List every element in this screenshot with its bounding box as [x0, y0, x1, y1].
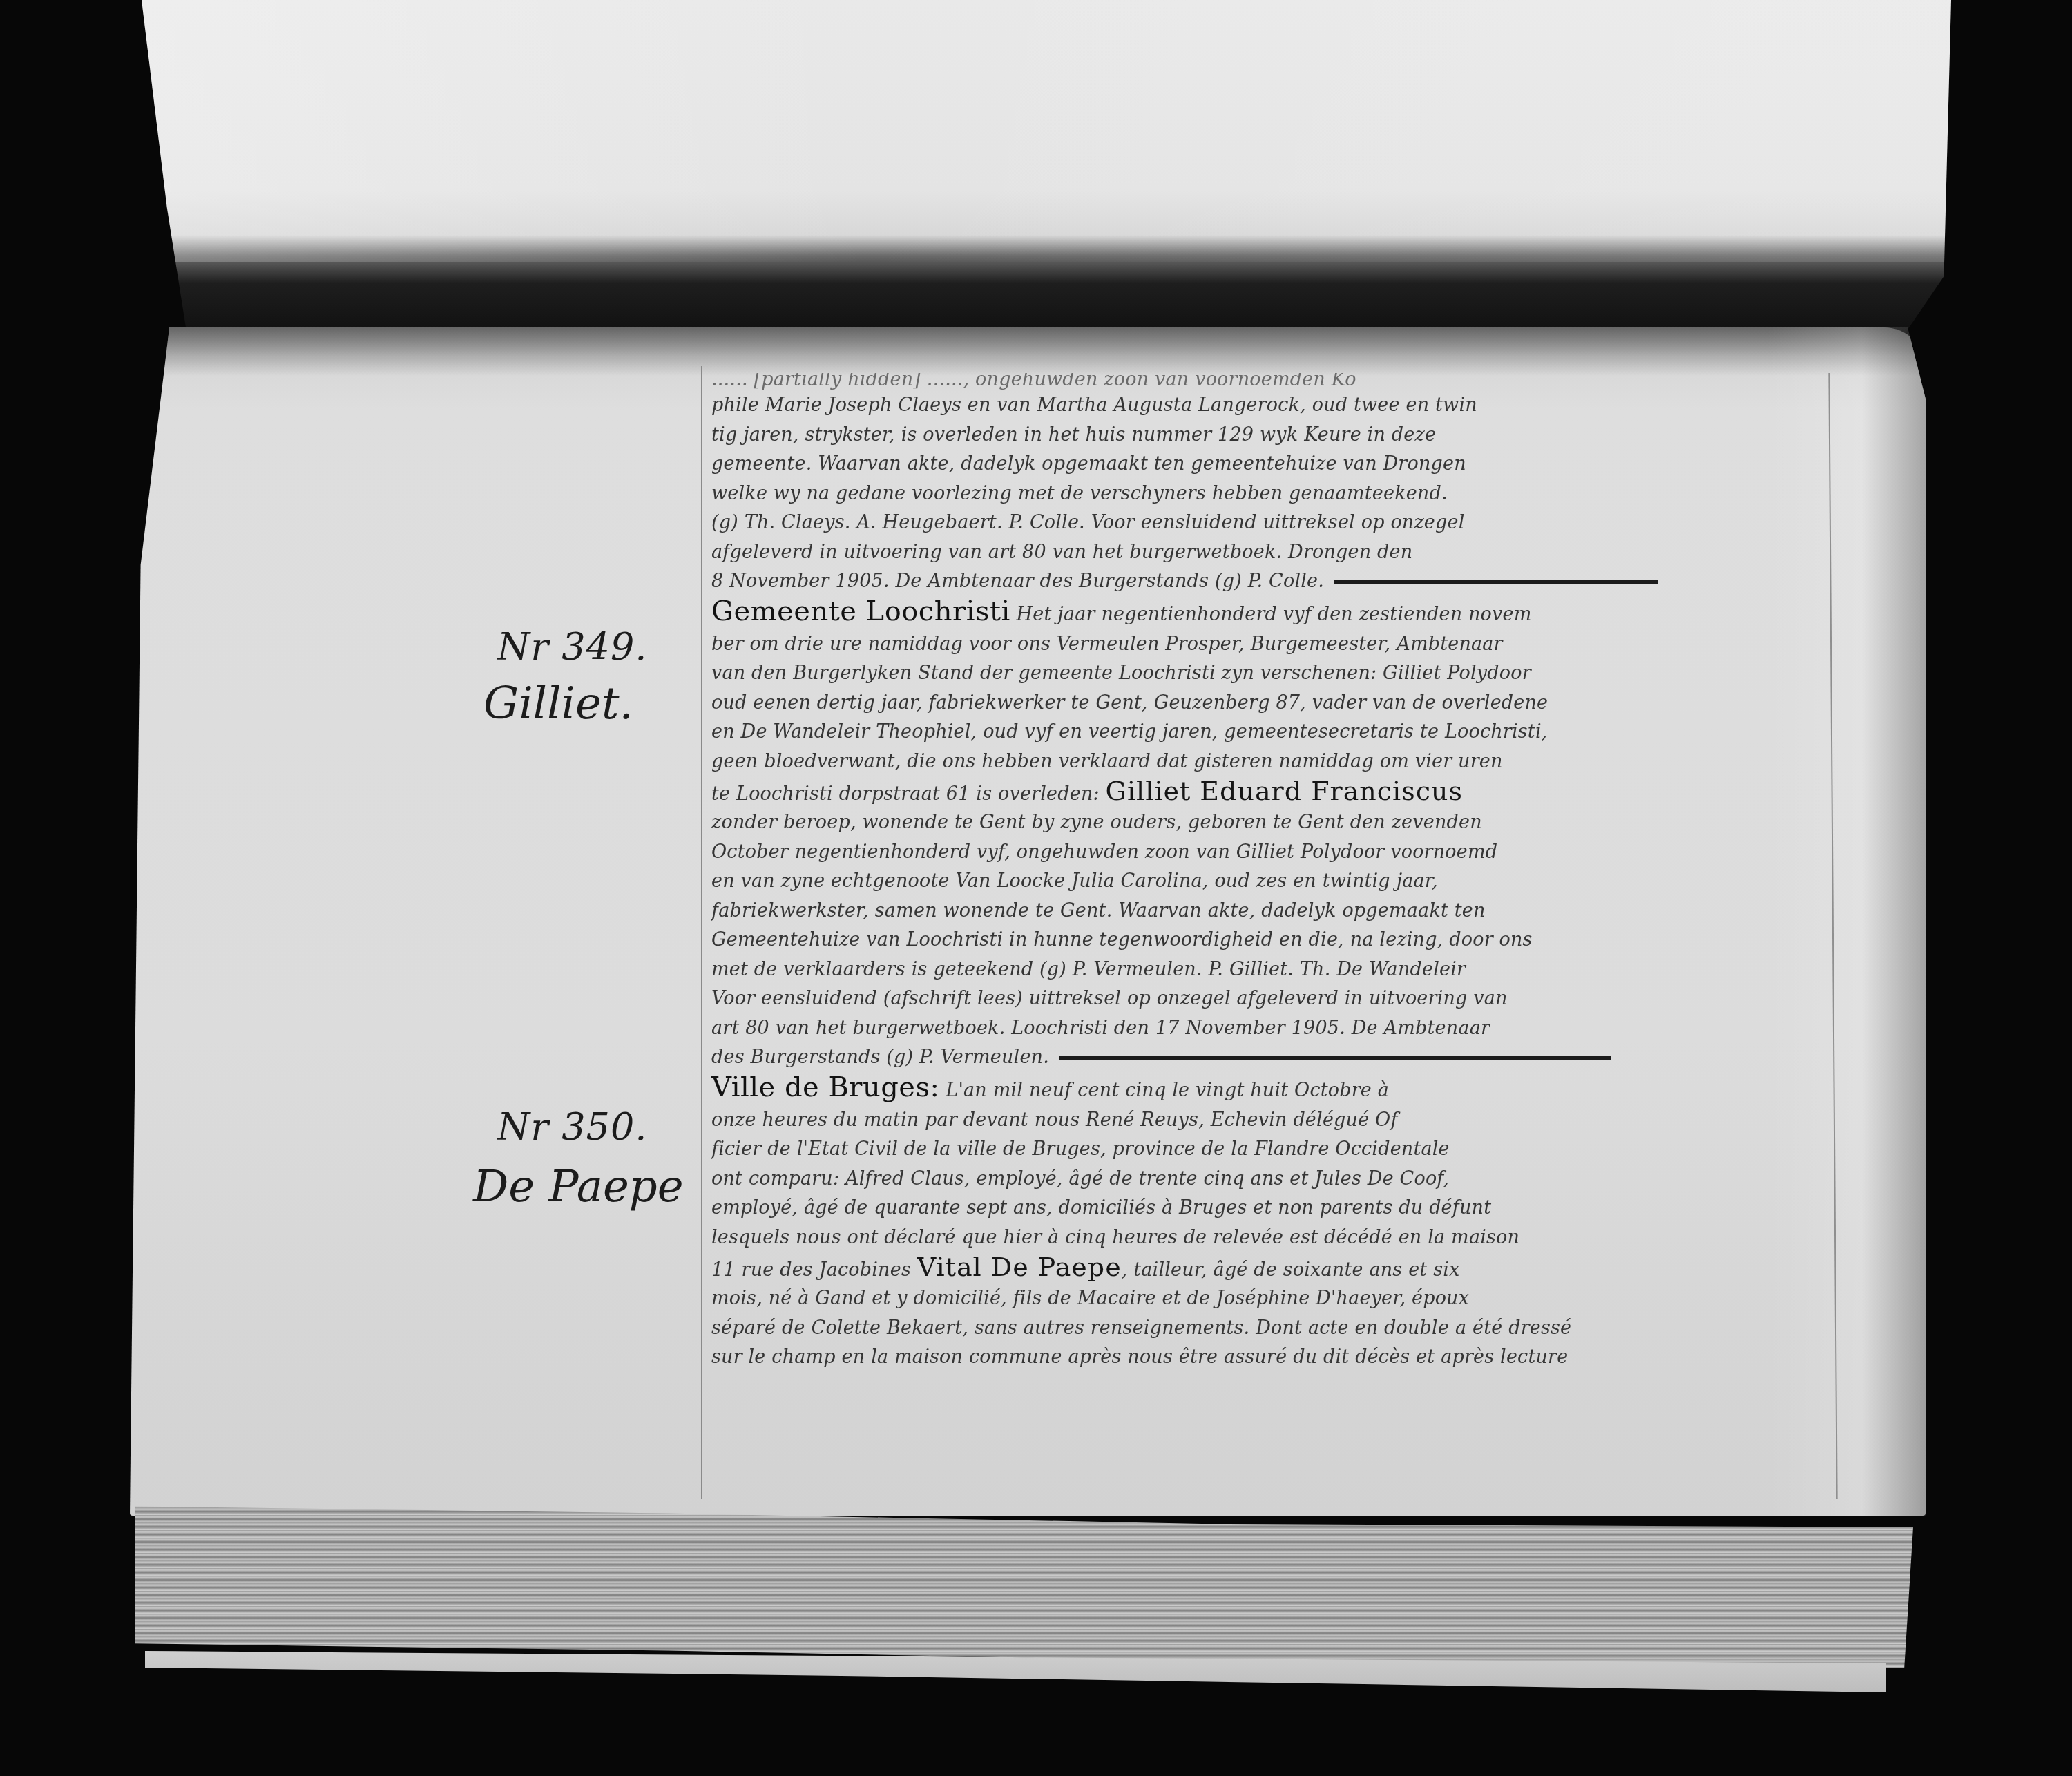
- previous-act-continuation: ...... [partially hidden] ......, ongehu…: [711, 373, 1830, 597]
- line-text: te Loochristi dorpstraat 61 is overleden…: [711, 783, 1106, 805]
- text-line: employé, âgé de quarante sept ans, domic…: [711, 1194, 1830, 1223]
- entry-heading: Gemeente Loochristi: [711, 597, 1010, 627]
- upper-turned-page: [142, 0, 1951, 345]
- text-line: en De Wandeleir Theophiel, oud vyf en ve…: [711, 718, 1830, 747]
- entry-350-margin: Nr 350. De Paepe: [497, 1105, 684, 1212]
- text-line: zonder beroep, wonende te Gent by zyne o…: [711, 808, 1830, 838]
- entry-349-margin: Nr 349. Gilliet.: [497, 625, 647, 729]
- text-line: ber om drie ure namiddag voor ons Vermeu…: [711, 630, 1830, 660]
- gutter-shadow: [130, 327, 1926, 376]
- line-text: Het jaar negentienhonderd vyf den zestie…: [1010, 604, 1532, 625]
- line-text: L'an mil neuf cent cinq le vingt huit Oc…: [940, 1080, 1390, 1101]
- text-line: Gemeente Loochristi Het jaar negentienho…: [711, 597, 1830, 630]
- register-text: ...... [partially hidden] ......, ongehu…: [711, 373, 1830, 1373]
- text-line: 8 November 1905. De Ambtenaar des Burger…: [711, 567, 1830, 597]
- line-text: , tailleur, âgé de soixante ans et six: [1122, 1259, 1460, 1281]
- line-text: des Burgerstands (g) P. Vermeulen.: [711, 1047, 1049, 1068]
- text-line: des Burgerstands (g) P. Vermeulen.: [711, 1043, 1830, 1073]
- deceased-name: Vital De Paepe: [917, 1252, 1122, 1282]
- text-line: ont comparu: Alfred Claus, employé, âgé …: [711, 1165, 1830, 1194]
- text-line: ficier de l'Etat Civil de la ville de Br…: [711, 1135, 1830, 1165]
- text-line: tig jaren, strykster, is overleden in he…: [711, 421, 1830, 450]
- text-line: en van zyne echtgenoote Van Loocke Julia…: [711, 867, 1830, 897]
- text-line: sur le champ en la maison commune après …: [711, 1343, 1830, 1373]
- text-line: geen bloedverwant, die ons hebben verkla…: [711, 747, 1830, 777]
- entry-350: Ville de Bruges: L'an mil neuf cent cinq…: [711, 1073, 1830, 1373]
- text-line: 11 rue des Jacobines Vital De Paepe, tai…: [711, 1252, 1830, 1284]
- entry-heading: Ville de Bruges:: [711, 1073, 940, 1103]
- text-line: (g) Th. Claeys. A. Heugebaert. P. Colle.…: [711, 508, 1830, 538]
- text-line: lesquels nous ont déclaré que hier à cin…: [711, 1223, 1830, 1253]
- entry-surname: De Paepe: [473, 1161, 684, 1212]
- text-line: welke wy na gedane voorlezing met de ver…: [711, 479, 1830, 509]
- text-line: mois, né à Gand et y domicilié, fils de …: [711, 1284, 1830, 1314]
- entry-separator: [1059, 1056, 1611, 1060]
- entry-number: Nr 350.: [497, 1105, 684, 1149]
- deceased-name: Gilliet Eduard Franciscus: [1106, 776, 1463, 806]
- text-line: te Loochristi dorpstraat 61 is overleden…: [711, 776, 1830, 808]
- book-page-stack: [135, 1492, 1913, 1668]
- text-line: met de verklaarders is geteekend (g) P. …: [711, 955, 1830, 985]
- entry-separator: [1334, 580, 1658, 584]
- text-line: ...... [partially hidden] ......, ongehu…: [711, 373, 1830, 391]
- margin-rule-line: [701, 366, 702, 1499]
- text-line: Gemeentehuize van Loochristi in hunne te…: [711, 926, 1830, 955]
- line-text: 11 rue des Jacobines: [711, 1259, 917, 1281]
- entry-number: Nr 349.: [497, 625, 647, 669]
- text-line: Ville de Bruges: L'an mil neuf cent cinq…: [711, 1073, 1830, 1106]
- text-line: Voor eensluidend (afschrift lees) uittre…: [711, 984, 1830, 1014]
- entry-surname: Gilliet.: [483, 678, 647, 729]
- entry-349: Gemeente Loochristi Het jaar negentienho…: [711, 597, 1830, 1073]
- text-line: onze heures du matin par devant nous Ren…: [711, 1106, 1830, 1136]
- text-line: fabriekwerkster, samen wonende te Gent. …: [711, 897, 1830, 926]
- text-line: phile Marie Joseph Claeys en van Martha …: [711, 391, 1830, 421]
- text-line: gemeente. Waarvan akte, dadelyk opgemaak…: [711, 450, 1830, 479]
- text-line: afgeleverd in uitvoering van art 80 van …: [711, 538, 1830, 568]
- text-line: van den Burgerlyken Stand der gemeente L…: [711, 659, 1830, 689]
- text-line: séparé de Colette Bekaert, sans autres r…: [711, 1314, 1830, 1344]
- closing-text: 8 November 1905. De Ambtenaar des Burger…: [711, 571, 1324, 592]
- page-sheen: [142, 0, 1951, 262]
- text-line: art 80 van het burgerwetboek. Loochristi…: [711, 1014, 1830, 1044]
- text-line: oud eenen dertig jaar, fabriekwerker te …: [711, 689, 1830, 718]
- text-line: October negentienhonderd vyf, ongehuwden…: [711, 838, 1830, 868]
